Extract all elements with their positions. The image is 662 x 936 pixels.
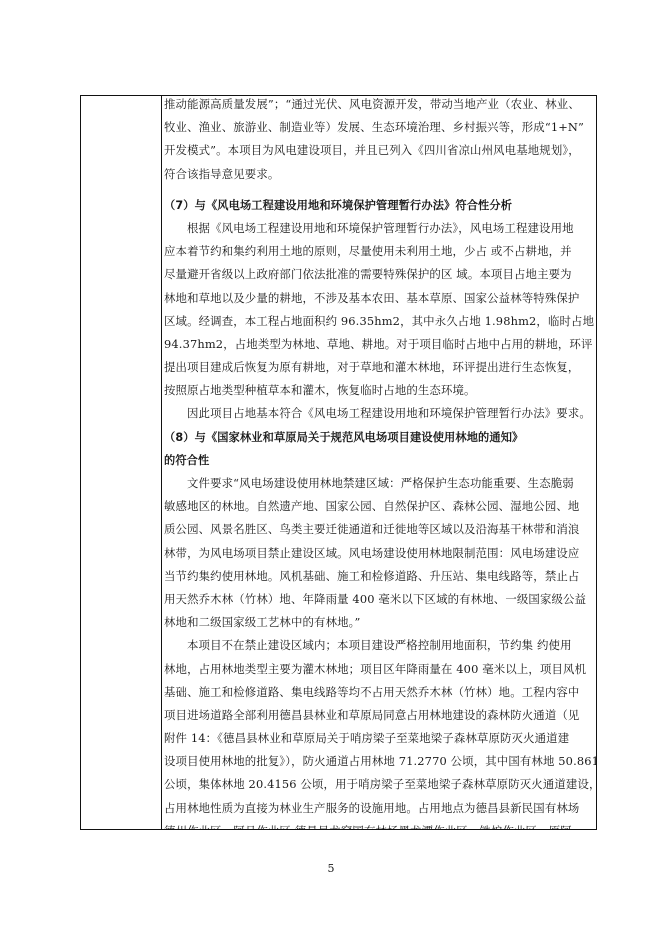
text-line: 占用林地性质为直接为林业生产服务的设施用地。占用地点为德昌县新民国有林场 xyxy=(164,797,595,820)
text-line: 按照原占地类型种植草本和灌木，恢复临时占地的生态环境。 xyxy=(164,379,595,402)
text-line: 林地，占用林地类型主要为灌木林地；项目区年降雨量在 400 毫米以上，项目风机 xyxy=(164,658,595,681)
section-heading-8: （8）与《国家林业和草原局关于规范风电场项目建设使用林地的通知》 xyxy=(164,426,595,449)
text-line: 林地和二级国家级工艺林中的有林地。” xyxy=(164,611,595,634)
text-line: 公顷，集体林地 20.4156 公顷，用于哨房梁子至菜地梁子森林草原防灭火通道建… xyxy=(164,773,595,796)
text-line: 94.37hm2，占地类型为林地、草地、耕地。对于项目临时占地中占用的耕地，环评 xyxy=(164,333,595,356)
section-heading-8-cont: 的符合性 xyxy=(164,449,595,472)
text-line: 区域。经调查，本工程占地面积约 96.35hm2，其中永久占地 1.98hm2，… xyxy=(164,310,595,333)
text-line: 本项目不在禁止建设区域内；本项目建设严格控制用地面积，节约集 约使用 xyxy=(164,634,595,657)
text-line: 设项目使用林地的批复》），防火通道占用林地 71.2770 公顷，其中国有林地 … xyxy=(164,750,595,773)
text-line: 敏感地区的林地。自然遗产地、国家公园、自然保护区、森林公园、湿地公园、地 xyxy=(164,495,595,518)
text-line: 基础、施工和检修道路、集电线路等均不占用天然乔木林（竹林）地。工程内容中 xyxy=(164,681,595,704)
text-line: 林地和草地以及少量的耕地，不涉及基本农田、基本草原、国家公益林等特殊保护 xyxy=(164,287,595,310)
text-line: 符合该指导意见要求。 xyxy=(164,163,595,186)
text-line: 附件 14：《德昌县林业和草原局关于哨房梁子至菜地梁子森林草原防灭火通道建 xyxy=(164,727,595,750)
text-line: 当节约集约使用林地。风机基础、施工和检修道路、升压站、集电线路等，禁止占 xyxy=(164,565,595,588)
table-content-column: 推动能源高质量发展”；“通过光伏、风电资源开发，带动当地产业（农业、林业、 牧业… xyxy=(162,96,596,829)
text-line: 因此项目占地基本符合《风电场工程建设用地和环境保护管理暂行办法》要求。 xyxy=(164,402,595,425)
page-number: 5 xyxy=(0,862,662,875)
text-line: 用天然乔木林（竹林）地、年降雨量 400 毫米以下区域的有林地、一级国家级公益 xyxy=(164,588,595,611)
text-line: 质公园、风景名胜区、鸟类主要迁徙通道和迁徙地等区域以及沿海基干林带和消浪 xyxy=(164,518,595,541)
text-line: 牧业、渔业、旅游业、制造业等）发展、生态环境治理、乡村振兴等，形成“1+N” xyxy=(164,116,595,139)
text-line: 德州作业区、阿月作业区,德昌县龙窝国有林场黑龙潭作业区、铁炉作业区，原阿 xyxy=(164,820,595,829)
spacer xyxy=(164,186,595,194)
text-line: 提出项目建成后恢复为原有耕地，对于草地和灌木林地，环评提出进行生态恢复， xyxy=(164,356,595,379)
text-line: 项目进场道路全部利用德昌县林业和草原局同意占用林地建设的森林防火通道（见 xyxy=(164,704,595,727)
text-line: 根据《风电场工程建设用地和环境保护管理暂行办法》，风电场工程建设用地 xyxy=(164,217,595,240)
text-line: 文件要求“风电场建设使用林地禁建区域：严格保护生态功能重要、生态脆弱 xyxy=(164,472,595,495)
text-line: 应本着节约和集约利用土地的原则，尽量使用未利用土地，少占 或不占耕地，并 xyxy=(164,240,595,263)
document-table: 推动能源高质量发展”；“通过光伏、风电资源开发，带动当地产业（农业、林业、 牧业… xyxy=(80,95,597,830)
text-line: 开发模式”。本项目为风电建设项目，并且已列入《四川省凉山州风电基地规划》， xyxy=(164,139,595,162)
table-label-column xyxy=(81,96,162,829)
text-line: 推动能源高质量发展”；“通过光伏、风电资源开发，带动当地产业（农业、林业、 xyxy=(164,96,595,116)
text-line: 林带，为风电场项目禁止建设区域。风电场建设使用林地限制范围：风电场建设应 xyxy=(164,542,595,565)
section-heading-7: （7）与《风电场工程建设用地和环境保护管理暂行办法》符合性分析 xyxy=(164,194,595,217)
text-line: 尽量避开省级以上政府部门依法批准的需要特殊保护的区 域。本项目占地主要为 xyxy=(164,263,595,286)
